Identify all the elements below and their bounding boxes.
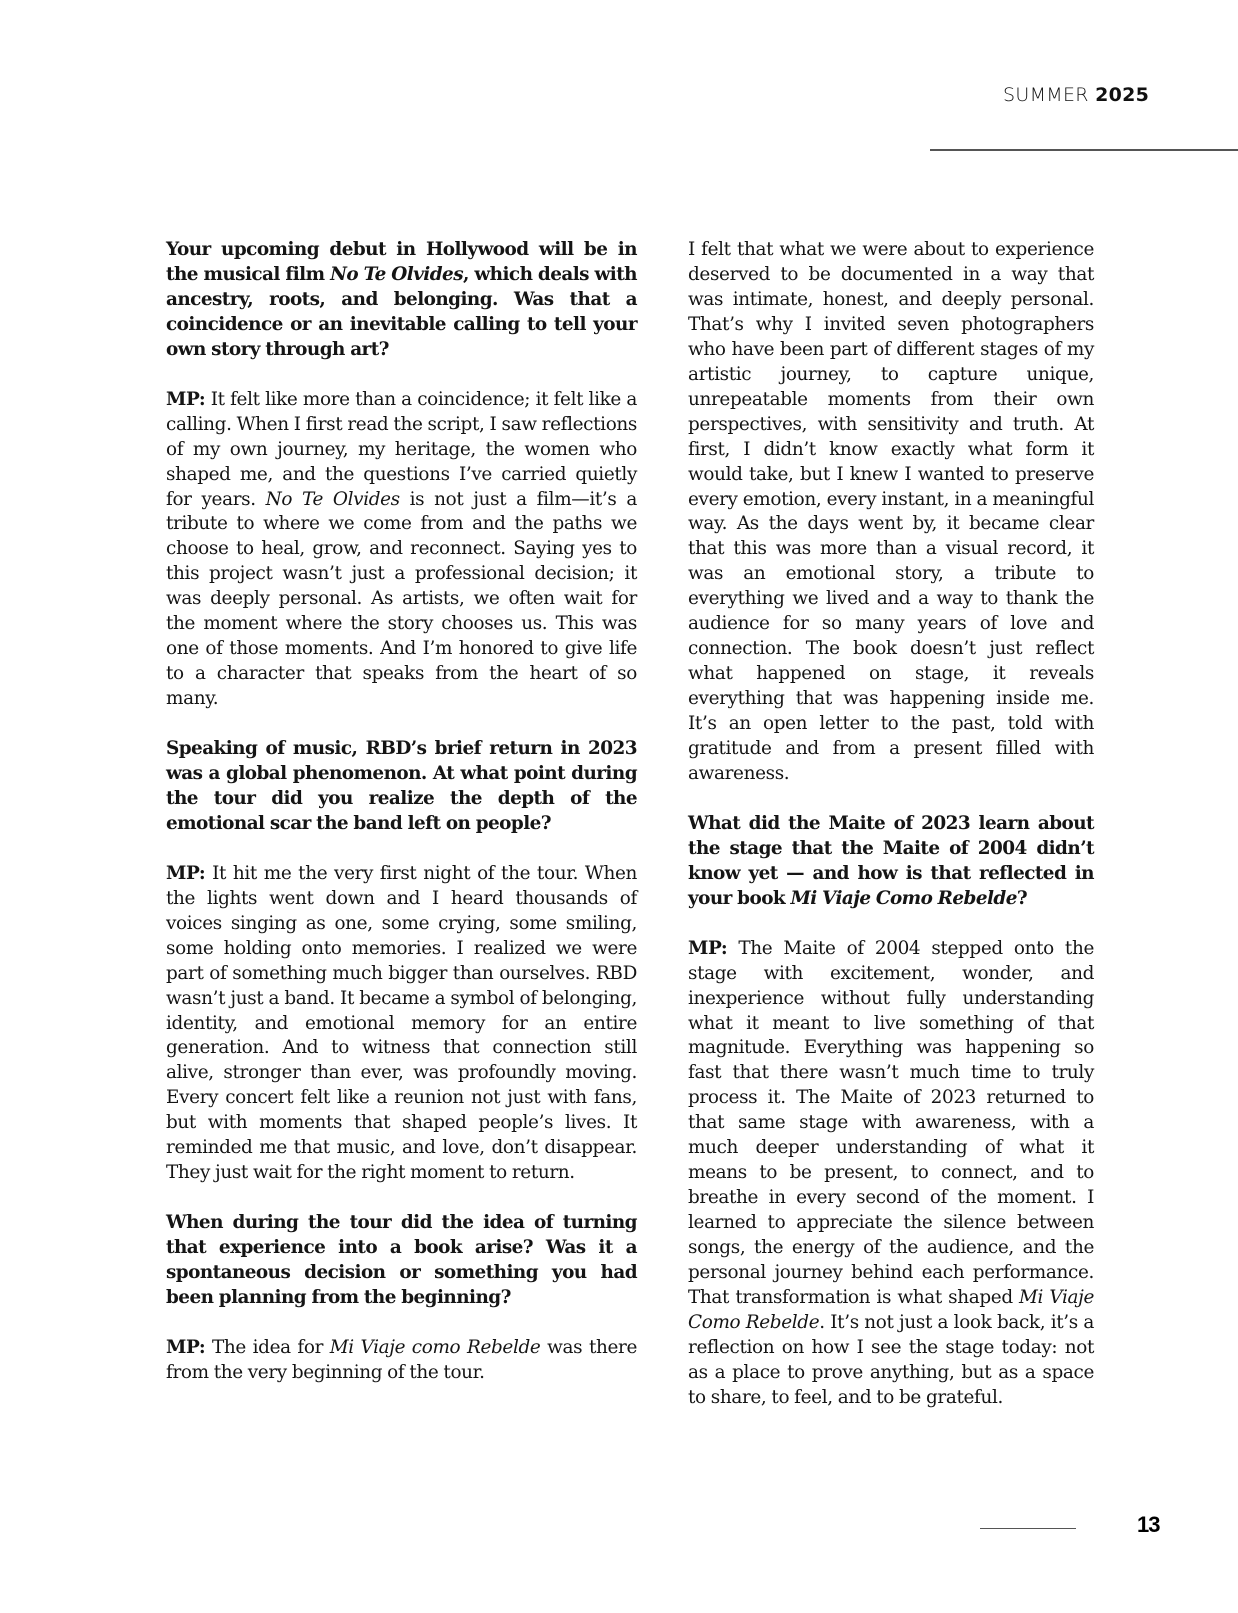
question-text: ? — [1017, 888, 1027, 909]
interview-answer-2: MP: It hit me the very first night of th… — [166, 862, 637, 1186]
header-divider — [930, 149, 1238, 151]
book-title: Mi Viaje como Rebelde — [330, 1337, 541, 1358]
interview-question-3: When during the tour did the idea of tur… — [166, 1211, 637, 1311]
answer-text: The idea for — [205, 1337, 329, 1358]
answer-text: The Maite of 2004 stepped onto the stage… — [688, 938, 1094, 1308]
book-title: Mi Viaje Como Rebelde — [790, 888, 1016, 909]
question-text: Speaking of music, RBD’s brief return in… — [166, 738, 637, 834]
film-title: No Te Olvides — [330, 264, 463, 285]
page-number: 13 — [1137, 1512, 1159, 1538]
interview-answer-3-continued: I felt that what we were about to experi… — [688, 238, 1094, 787]
issue-label: SUMMER 2025 — [1003, 84, 1149, 106]
answer-text: I felt that what we were about to experi… — [688, 239, 1094, 784]
speaker-label: MP: — [166, 389, 205, 410]
interview-question-1: Your upcoming debut in Hollywood will be… — [166, 238, 637, 363]
answer-text: It hit me the very first night of the to… — [166, 863, 637, 1183]
question-text: When during the tour did the idea of tur… — [166, 1212, 637, 1308]
interview-question-4: What did the Maite of 2023 learn about t… — [688, 812, 1094, 912]
footer-divider — [980, 1528, 1076, 1529]
article-column-right: I felt that what we were about to experi… — [688, 238, 1094, 1436]
speaker-label: MP: — [688, 938, 727, 959]
speaker-label: MP: — [166, 1337, 205, 1358]
interview-question-2: Speaking of music, RBD’s brief return in… — [166, 737, 637, 837]
article-column-left: Your upcoming debut in Hollywood will be… — [166, 238, 637, 1411]
interview-answer-3: MP: The idea for Mi Viaje como Rebelde w… — [166, 1336, 637, 1386]
speaker-label: MP: — [166, 863, 205, 884]
interview-answer-4: MP: The Maite of 2004 stepped onto the s… — [688, 937, 1094, 1411]
answer-text: is not just a film—it’s a tribute to whe… — [166, 489, 637, 710]
issue-season: SUMMER — [1003, 84, 1089, 106]
film-title: No Te Olvides — [266, 489, 400, 510]
issue-year: 2025 — [1095, 84, 1149, 106]
interview-answer-1: MP: It felt like more than a coincidence… — [166, 388, 637, 712]
